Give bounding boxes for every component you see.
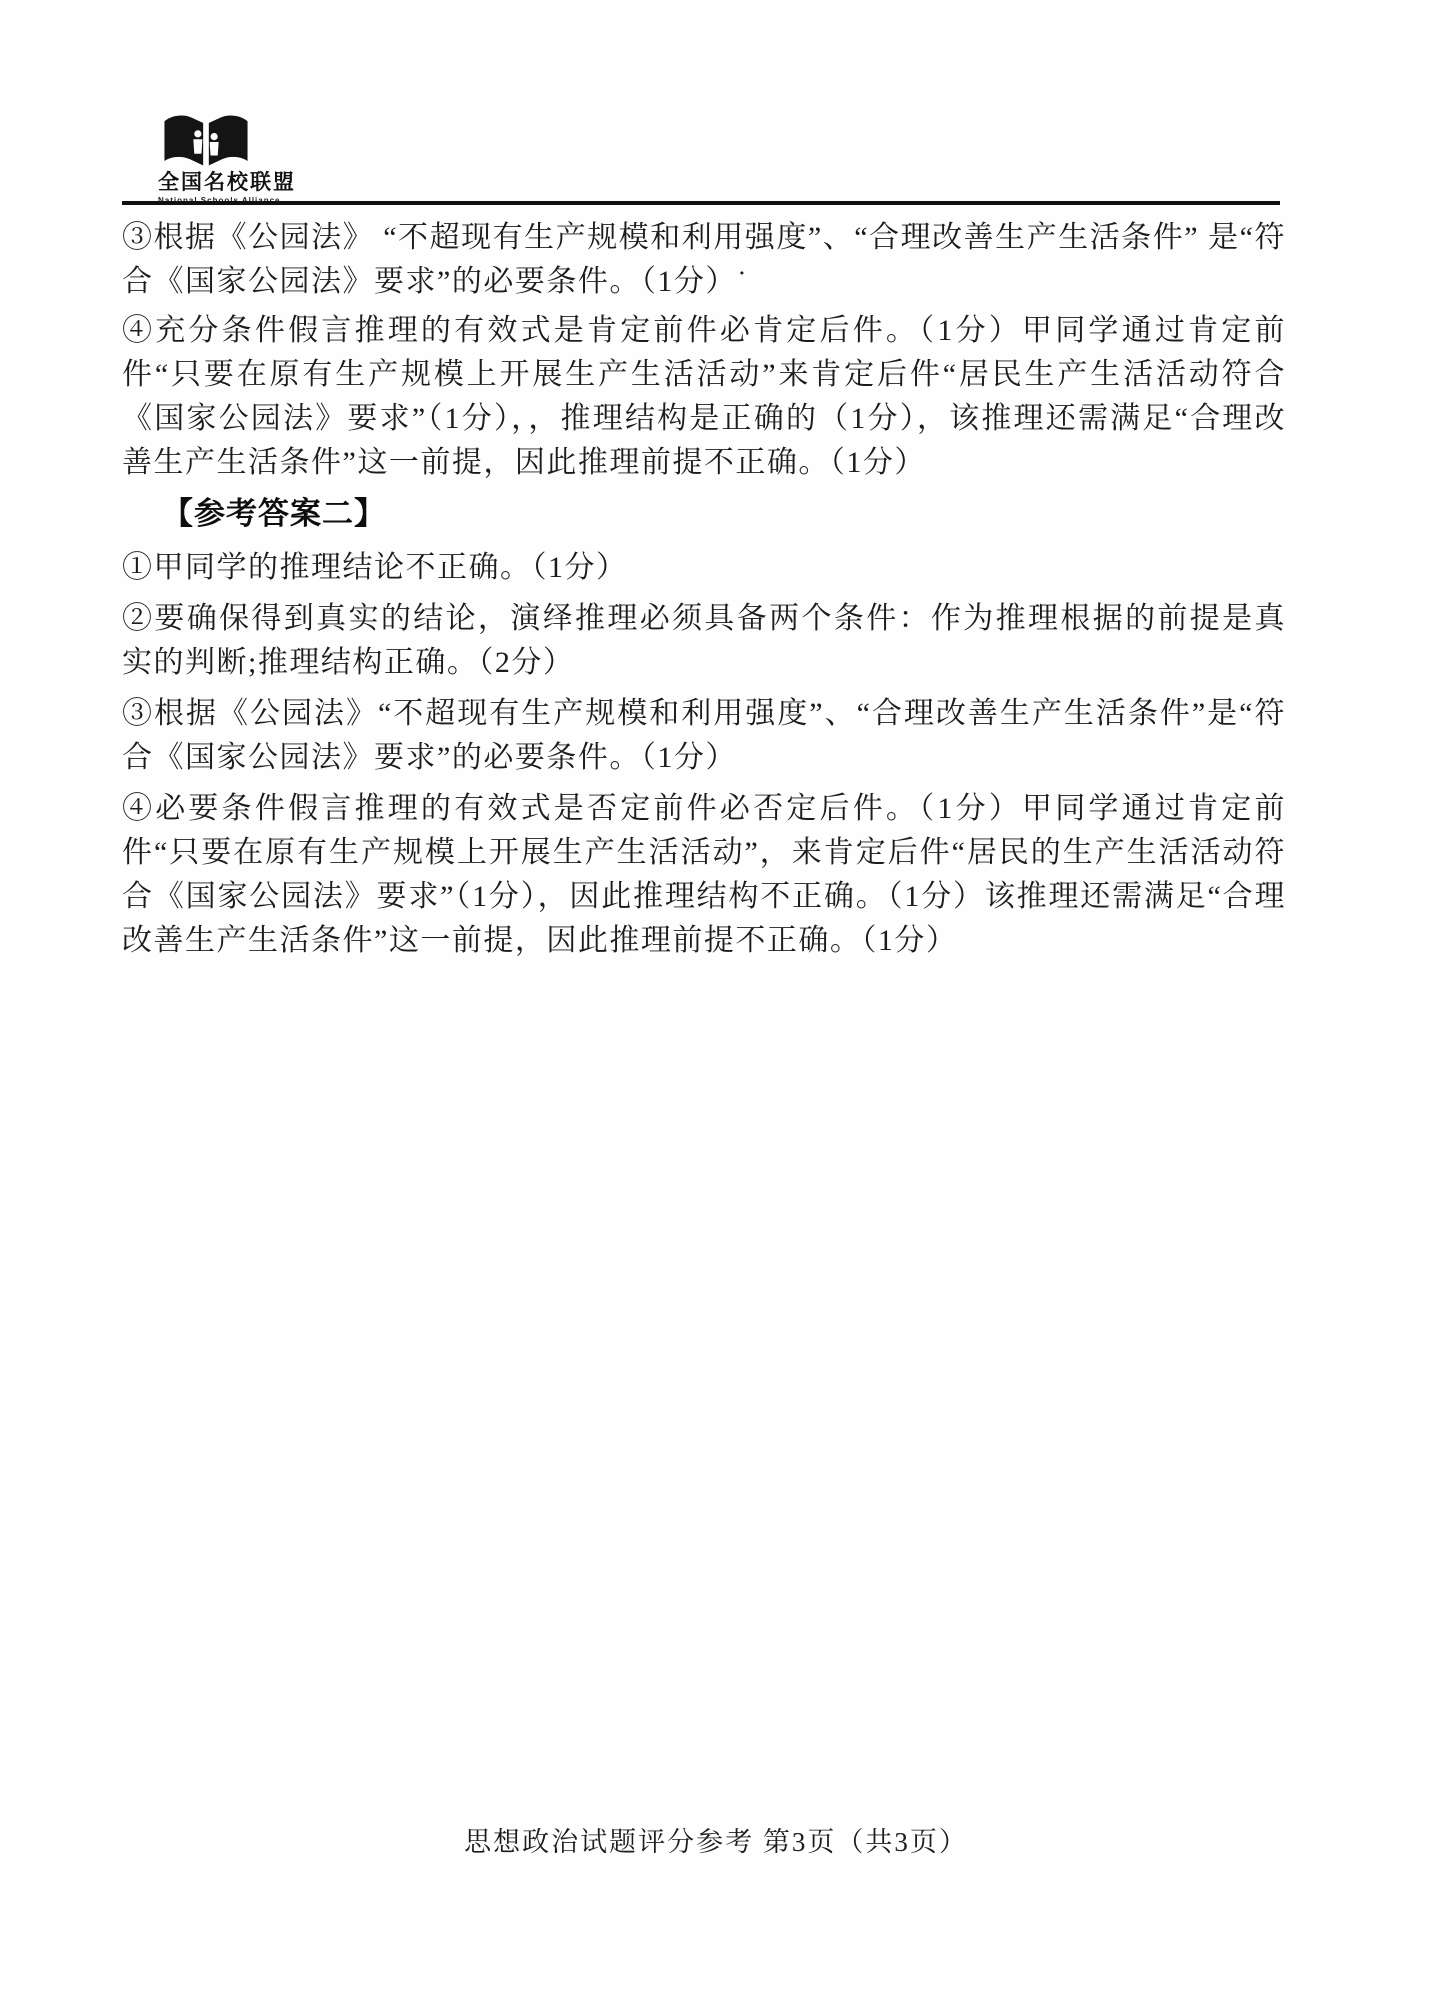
open-book-logo-icon	[160, 114, 252, 170]
answer2-point-3: ③根据《公园法》“不超现有生产规模和利用强度”、“合理改善生产生活条件”是“符合…	[122, 692, 1286, 780]
answer2-point-1: ①甲同学的推理结论不正确。（1分）	[122, 546, 1286, 590]
page-footer: 思想政治试题评分参考 第3页（共3页）	[0, 1820, 1432, 1859]
answer2-heading: 【参考答案二】	[122, 492, 1286, 536]
document-page: 全国名校联盟 National Schools Alliance ③根据《公园法…	[0, 0, 1432, 2016]
answer1-point-3: ③根据《公园法》 “不超现有生产规模和利用强度”、“合理改善生产生活条件” 是“…	[122, 216, 1286, 304]
answer2-point-2: ②要确保得到真实的结论，演绎推理必须具备两个条件：作为推理根据的前提是真实的判断…	[122, 597, 1286, 685]
answer-two-block: 【参考答案二】 ①甲同学的推理结论不正确。（1分） ②要确保得到真实的结论，演绎…	[122, 492, 1286, 963]
answer2-point-4: ④必要条件假言推理的有效式是否定前件必否定后件。（1分）甲同学通过肯定前件“只要…	[122, 787, 1286, 963]
logo: 全国名校联盟 National Schools Alliance	[158, 114, 298, 205]
answer-one-block: ③根据《公园法》 “不超现有生产规模和利用强度”、“合理改善生产生活条件” 是“…	[122, 216, 1286, 485]
logo-title: 全国名校联盟	[158, 172, 298, 193]
footer-text: 思想政治试题评分参考 第3页（共3页）	[464, 1827, 968, 1857]
answer1-point-4: ④充分条件假言推理的有效式是肯定前件必肯定后件。（1分）甲同学通过肯定前件“只要…	[122, 309, 1286, 485]
answer-content: ③根据《公园法》 “不超现有生产规模和利用强度”、“合理改善生产生活条件” 是“…	[122, 216, 1286, 970]
header-divider	[122, 201, 1280, 205]
